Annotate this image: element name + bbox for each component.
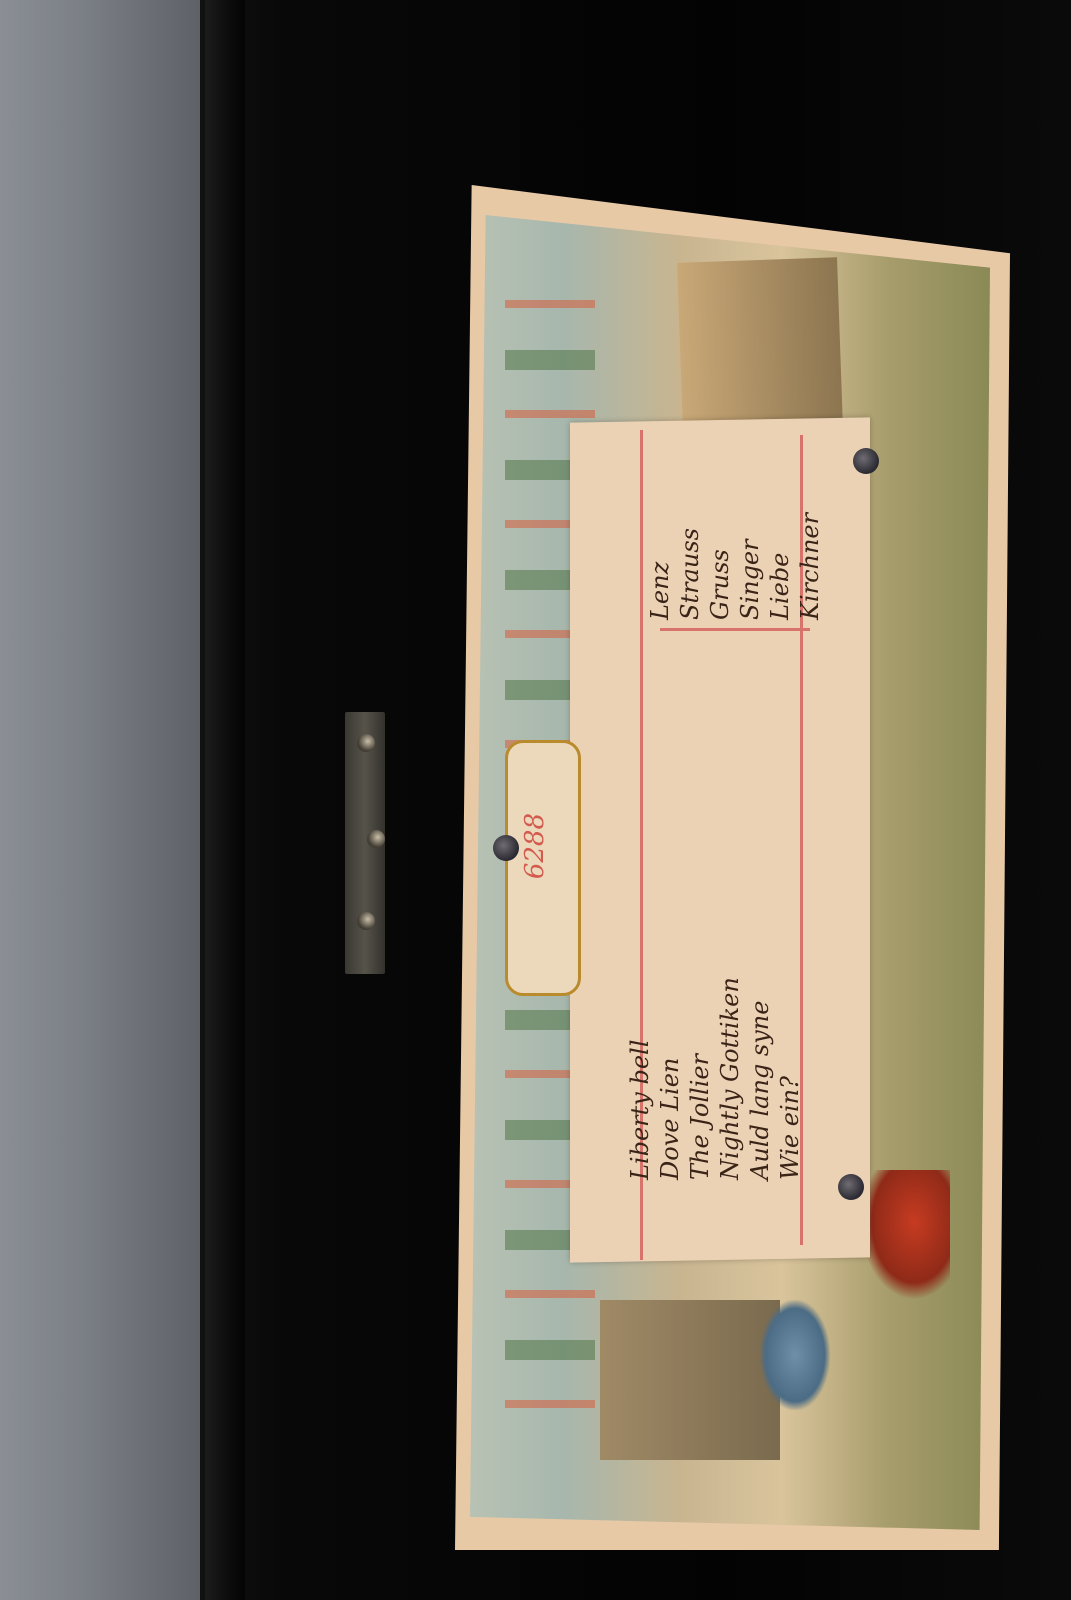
screw-icon [357, 912, 375, 930]
tune-title: Wie ein? [775, 960, 805, 1180]
tune-composer: Strauss [675, 480, 705, 620]
ruling-line [660, 628, 810, 631]
tune-list-right: Lenz Strauss Gruss Singer Liebe Kirchner [645, 480, 825, 620]
tune-title: Auld lang syne [745, 960, 775, 1180]
illustration-figure [760, 1300, 830, 1410]
card-number-cartouche: 6288 [505, 740, 581, 996]
screw-icon [357, 734, 375, 752]
tune-title: The Jollier [685, 960, 715, 1180]
card-number: 6288 [520, 813, 550, 879]
lid-hinge [345, 712, 385, 974]
background-wall [0, 0, 205, 1600]
tune-composer: Lenz [645, 480, 675, 620]
tune-list-left: Liberty bell Dove Lien The Jollier Night… [625, 960, 805, 1180]
illustration-house [677, 257, 843, 432]
tune-composer: Liebe [765, 480, 795, 620]
mounting-bolt [493, 835, 519, 861]
tune-composer: Singer [735, 480, 765, 620]
tune-composer: Gruss [705, 480, 735, 620]
tune-title: Nightly Gottiken [715, 960, 745, 1180]
tune-title: Liberty bell [625, 960, 655, 1180]
illustration-figure [860, 1170, 950, 1300]
mounting-bolt [853, 448, 879, 474]
tune-composer: Kirchner [795, 480, 825, 620]
mounting-bolt [838, 1174, 864, 1200]
screw-icon [367, 830, 385, 848]
lid-edge [205, 0, 245, 1600]
illustration-house [600, 1300, 780, 1460]
tune-title: Dove Lien [655, 960, 685, 1180]
